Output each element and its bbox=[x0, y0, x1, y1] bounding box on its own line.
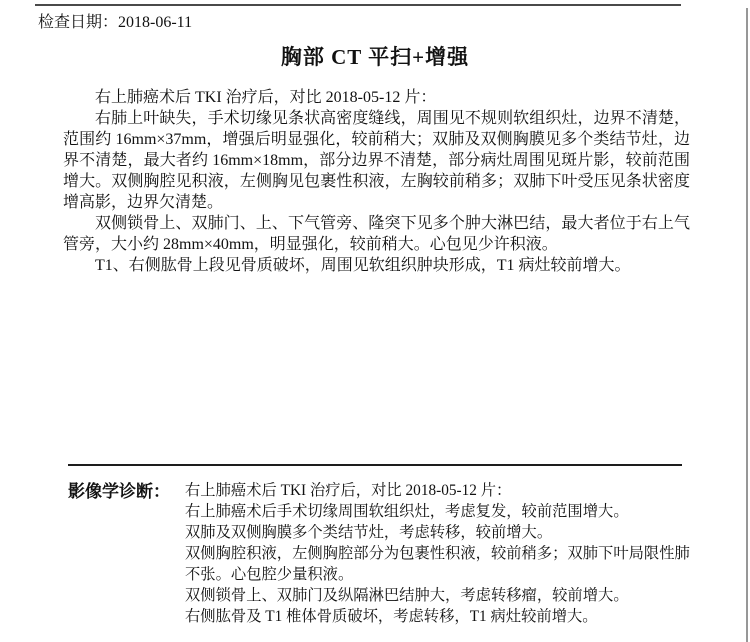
exam-date-row: 检查日期：2018-06-11 bbox=[38, 9, 192, 32]
diagnosis-divider-rule bbox=[68, 464, 682, 466]
diagnosis-line-recurrence: 右上肺癌术后手术切缘周围软组织灶，考虑复发，较前范围增大。 bbox=[185, 501, 697, 522]
report-title: 胸部 CT 平扫+增强 bbox=[0, 41, 750, 71]
diagnosis-line-bone: 右侧肱骨及 T1 椎体骨质破坏，考虑转移，T1 病灶较前增大。 bbox=[185, 606, 697, 627]
right-border-rule bbox=[746, 8, 748, 642]
diagnosis-line-effusion: 双侧胸腔积液，左侧胸腔部分为包裹性积液，较前稍多；双肺下叶局限性肺不张。心包腔少… bbox=[185, 543, 697, 585]
findings-paragraph-comparison: 右上肺癌术后 TKI 治疗后，对比 2018-05-12 片： bbox=[63, 87, 690, 108]
findings-section: 右上肺癌术后 TKI 治疗后，对比 2018-05-12 片： 右肺上叶缺失，手… bbox=[63, 87, 690, 276]
findings-paragraph-lymph-nodes: 双侧锁骨上、双肺门、上、下气管旁、隆突下见多个肿大淋巴结，最大者位于右上气管旁，… bbox=[63, 213, 690, 255]
exam-date-label: 检查日期： bbox=[38, 14, 118, 31]
diagnosis-line-lymph-nodes: 双侧锁骨上、双肺门及纵隔淋巴结肿大，考虑转移瘤，较前增大。 bbox=[185, 585, 697, 606]
findings-paragraph-bone: T1、右侧肱骨上段见骨质破坏，周围见软组织肿块形成，T1 病灶较前增大。 bbox=[63, 255, 690, 276]
diagnosis-section-label: 影像学诊断： bbox=[68, 477, 170, 502]
findings-paragraph-lungs: 右肺上叶缺失，手术切缘见条状高密度缝线，周围见不规则软组织灶，边界不清楚，范围约… bbox=[63, 108, 690, 213]
exam-date-value: 2018-06-11 bbox=[118, 14, 192, 31]
ct-report-page: 检查日期：2018-06-11 胸部 CT 平扫+增强 右上肺癌术后 TKI 治… bbox=[0, 0, 750, 642]
diagnosis-line-nodules: 双肺及双侧胸膜多个类结节灶，考虑转移，较前增大。 bbox=[185, 522, 697, 543]
diagnosis-line-comparison: 右上肺癌术后 TKI 治疗后，对比 2018-05-12 片： bbox=[185, 480, 697, 501]
diagnosis-section: 右上肺癌术后 TKI 治疗后，对比 2018-05-12 片： 右上肺癌术后手术… bbox=[185, 480, 697, 627]
top-divider-rule bbox=[35, 4, 681, 6]
